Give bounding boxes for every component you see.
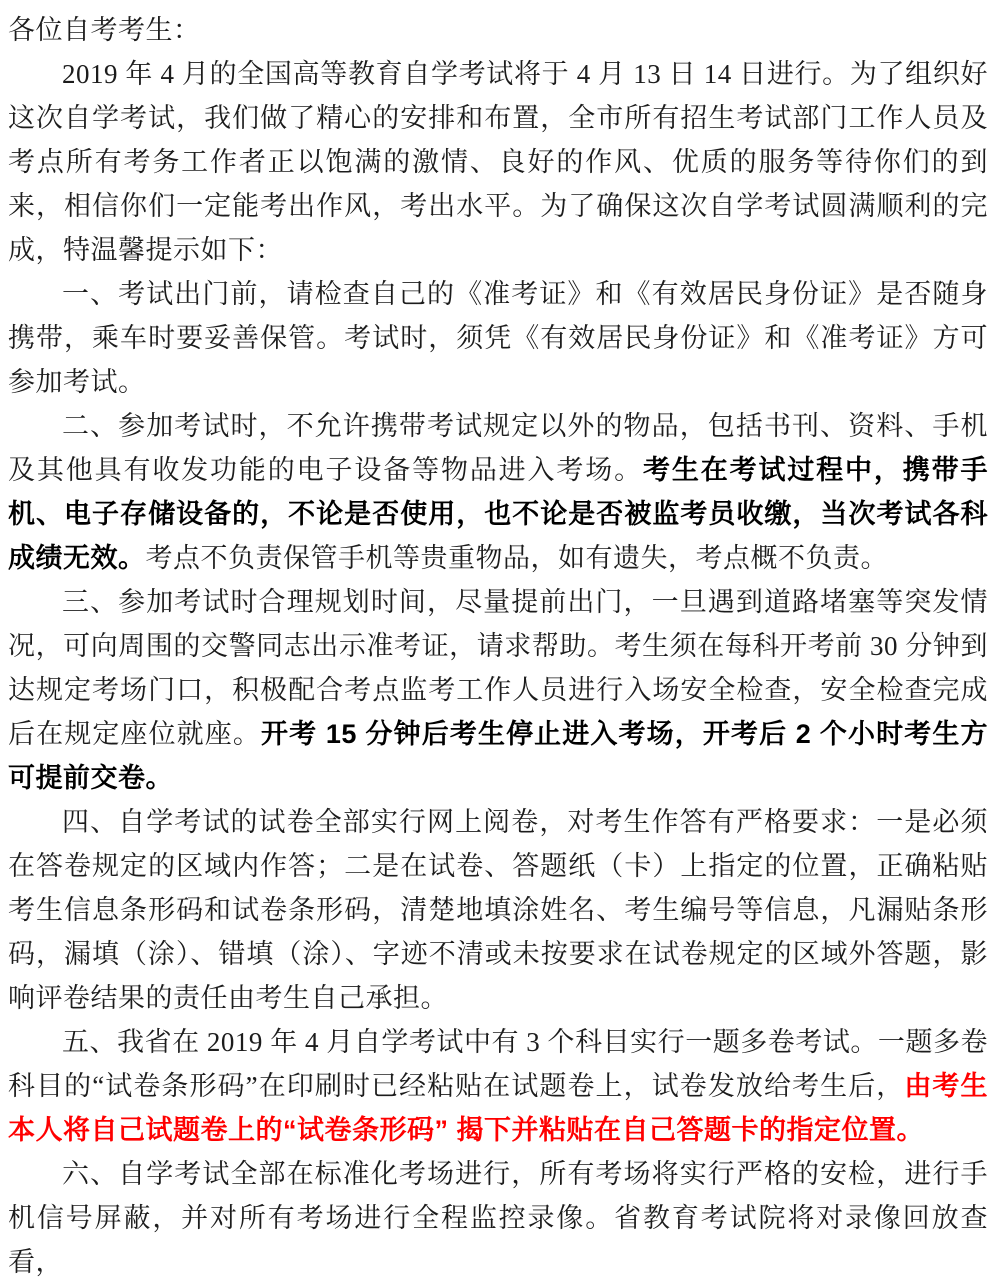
paragraph: 三、参加考试时合理规划时间，尽量提前出门，一旦遇到道路堵塞等突发情况，可向周围的…: [8, 580, 988, 800]
text-run-normal: 2019 年 4 月的全国高等教育自学考试将于 4 月 13 日 14 日进行。…: [8, 59, 988, 265]
document-body: 各位自考考生： 2019 年 4 月的全国高等教育自学考试将于 4 月 13 日…: [8, 8, 988, 1282]
paragraph: 五、我省在 2019 年 4 月自学考试中有 3 个科目实行一题多卷考试。一题多…: [8, 1020, 988, 1152]
text-run-normal: 一、考试出门前，请检查自己的《准考证》和《有效居民身份证》是否随身携带，乘车时要…: [8, 279, 988, 397]
text-run-normal: 考点不负责保管手机等贵重物品，如有遗失，考点概不负责。: [146, 543, 889, 573]
text-run-normal: 四、自学考试的试卷全部实行网上阅卷，对考生作答有严格要求：一是必须在答卷规定的区…: [8, 807, 988, 1013]
document-page: 各位自考考生： 2019 年 4 月的全国高等教育自学考试将于 4 月 13 日…: [0, 0, 1000, 1282]
paragraph: 一、考试出门前，请检查自己的《准考证》和《有效居民身份证》是否随身携带，乘车时要…: [8, 272, 988, 404]
paragraph: 六、自学考试全部在标准化考场进行，所有考场将实行严格的安检，进行手机信号屏蔽，并…: [8, 1152, 988, 1282]
paragraph: 2019 年 4 月的全国高等教育自学考试将于 4 月 13 日 14 日进行。…: [8, 52, 988, 272]
text-run-normal: 五、我省在 2019 年 4 月自学考试中有 3 个科目实行一题多卷考试。一题多…: [8, 1027, 988, 1101]
paragraph: 四、自学考试的试卷全部实行网上阅卷，对考生作答有严格要求：一是必须在答卷规定的区…: [8, 800, 988, 1020]
paragraph-list: 2019 年 4 月的全国高等教育自学考试将于 4 月 13 日 14 日进行。…: [8, 52, 988, 1282]
salutation: 各位自考考生：: [8, 8, 988, 52]
text-run-normal: 六、自学考试全部在标准化考场进行，所有考场将实行严格的安检，进行手机信号屏蔽，并…: [8, 1159, 988, 1277]
paragraph: 二、参加考试时，不允许携带考试规定以外的物品，包括书刊、资料、手机及其他具有收发…: [8, 404, 988, 580]
